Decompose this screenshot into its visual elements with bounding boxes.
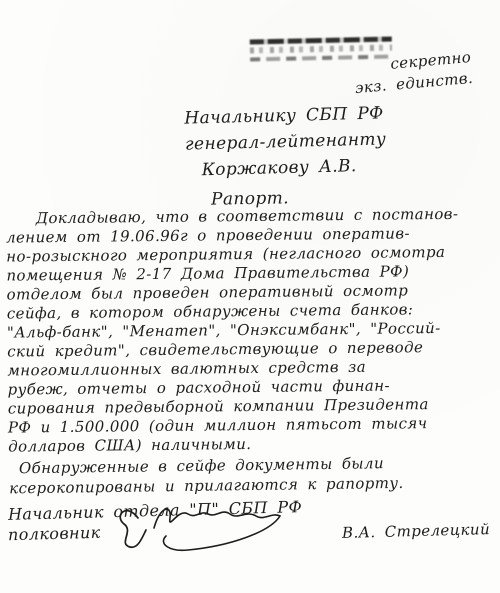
- closing-paragraph: Обнаруженные в сейфе документы были ксер…: [9, 452, 498, 499]
- stamp-smudge-line: [250, 37, 392, 45]
- addressee-block: Начальнику СБП РФ генерал-лейтенанту Кор…: [184, 100, 387, 183]
- signature-name: В.А. Стрелецкий: [342, 520, 490, 542]
- classification-block: секретно экз. единств.: [352, 47, 474, 99]
- signature-rank: полковник: [8, 523, 101, 544]
- signature-stroke-icon: [110, 498, 330, 567]
- stamp-smudge-line: [250, 45, 392, 54]
- document-page: секретно экз. единств. Начальнику СБП РФ…: [0, 0, 500, 593]
- addressee-line: Коржакову А.В.: [185, 152, 387, 183]
- report-body: Докладываю, что в соответствии с постано…: [6, 204, 497, 456]
